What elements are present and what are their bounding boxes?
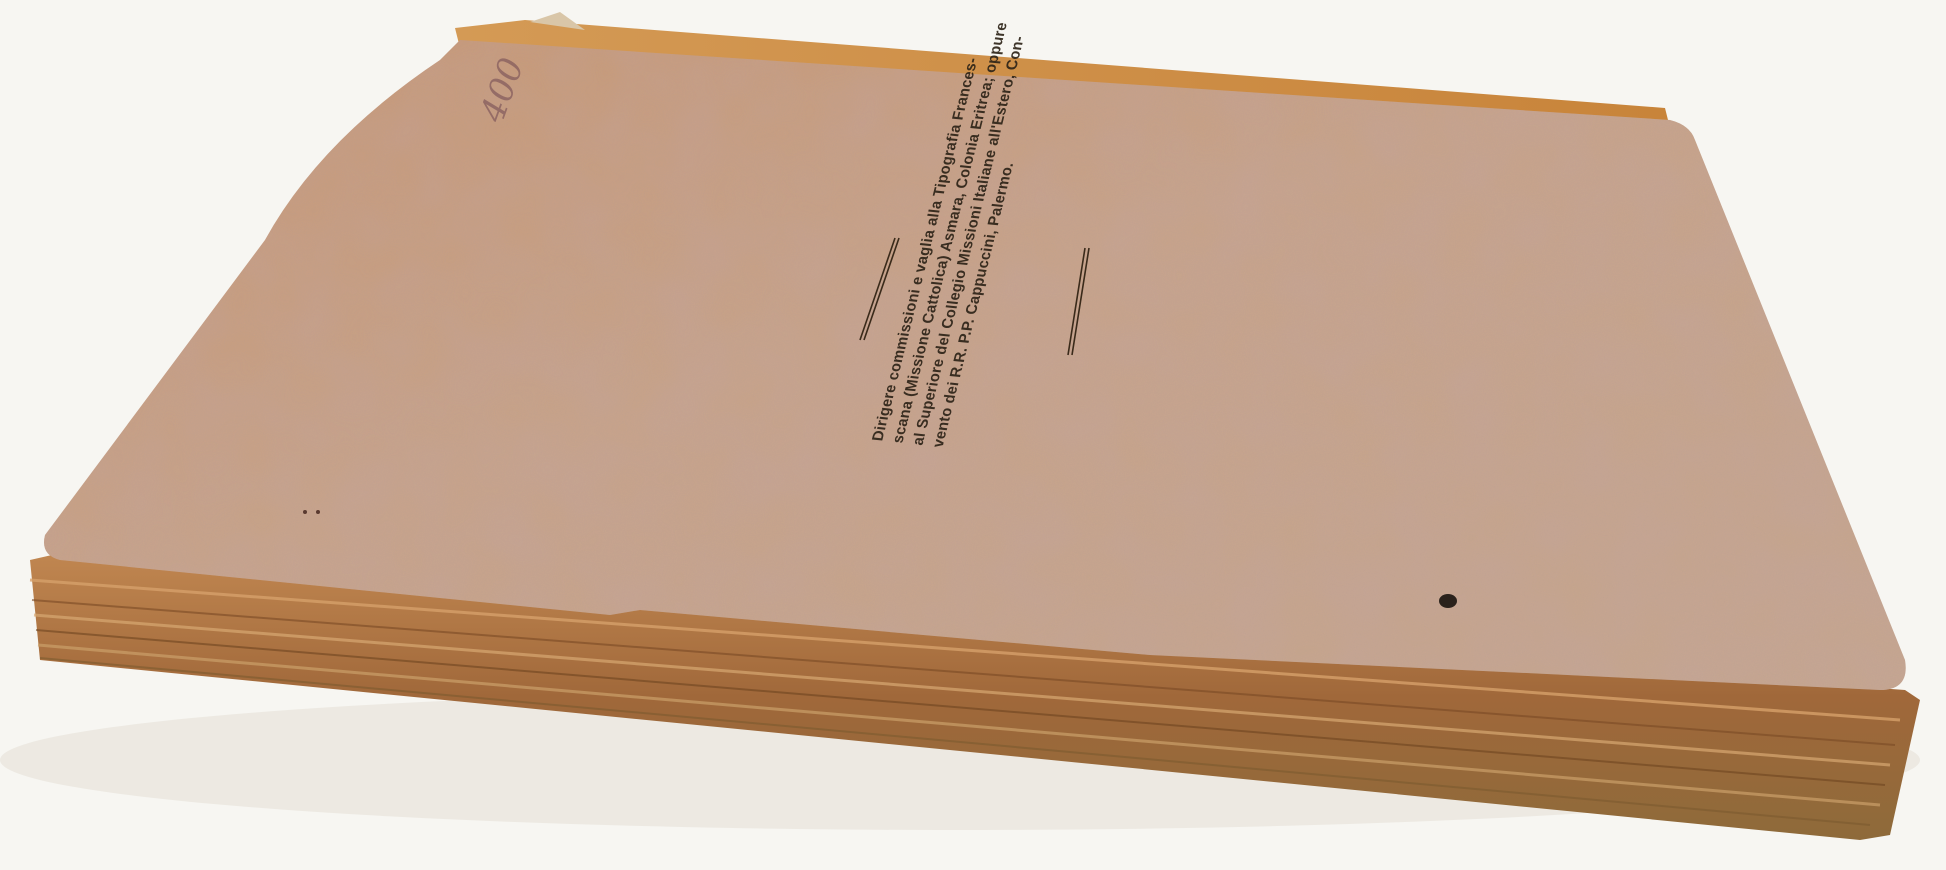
book-photo: 400 Dirigere commissioni e vaglia alla T… <box>0 0 1946 870</box>
